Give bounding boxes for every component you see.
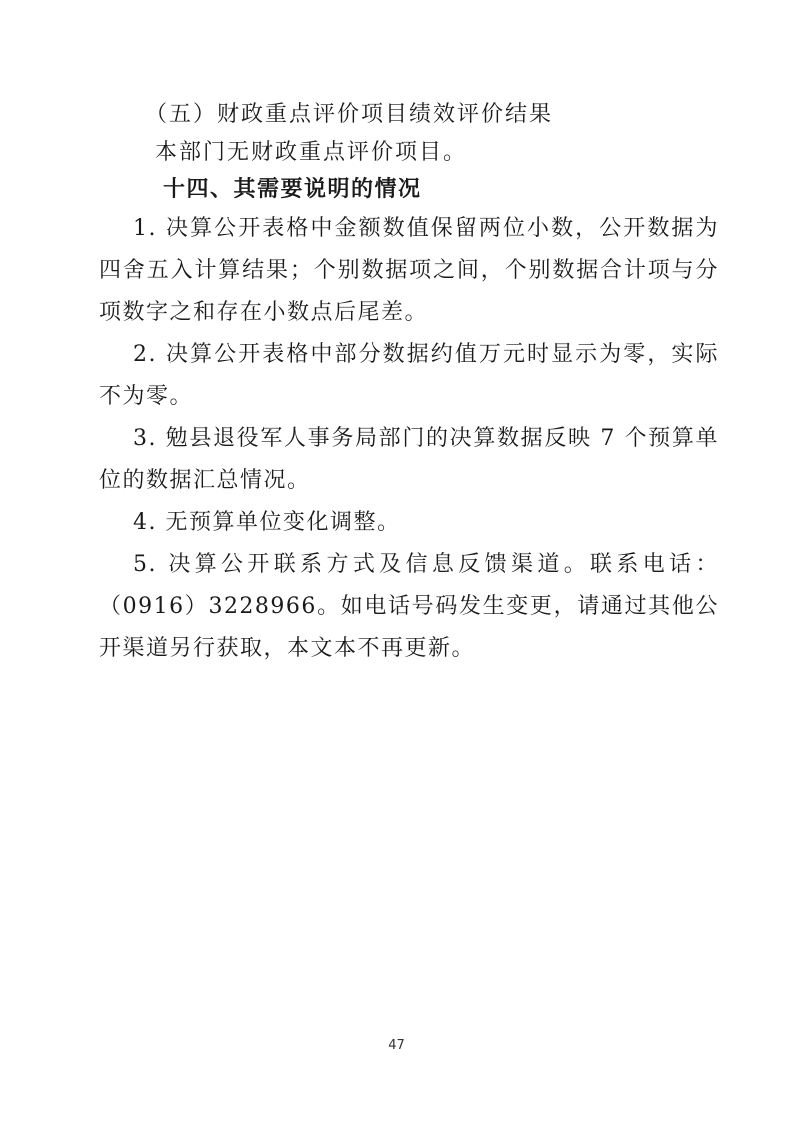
paragraph-4: 4. 无预算单位变化调整。 xyxy=(99,502,719,544)
paragraph-5: 5. 决算公开联系方式及信息反馈渠道。联系电话：（0916）3228966。如电… xyxy=(99,544,719,670)
document-content: （五）财政重点评价项目绩效评价结果 本部门无财政重点评价项目。 十四、其需要说明… xyxy=(99,96,719,670)
sub-section-body-line: 本部门无财政重点评价项目。 xyxy=(99,134,719,172)
section-heading: 十四、其需要说明的情况 xyxy=(99,172,719,208)
page-number: 47 xyxy=(0,1038,793,1053)
paragraph-1: 1. 决算公开表格中金额数值保留两位小数，公开数据为四舍五入计算结果；个别数据项… xyxy=(99,208,719,334)
paragraph-2: 2. 决算公开表格中部分数据约值万元时显示为零，实际不为零。 xyxy=(99,334,719,418)
paragraph-3: 3. 勉县退役军人事务局部门的决算数据反映 7 个预算单位的数据汇总情况。 xyxy=(99,418,719,502)
document-page: （五）财政重点评价项目绩效评价结果 本部门无财政重点评价项目。 十四、其需要说明… xyxy=(0,0,793,1122)
sub-section-heading: （五）财政重点评价项目绩效评价结果 xyxy=(99,96,719,134)
